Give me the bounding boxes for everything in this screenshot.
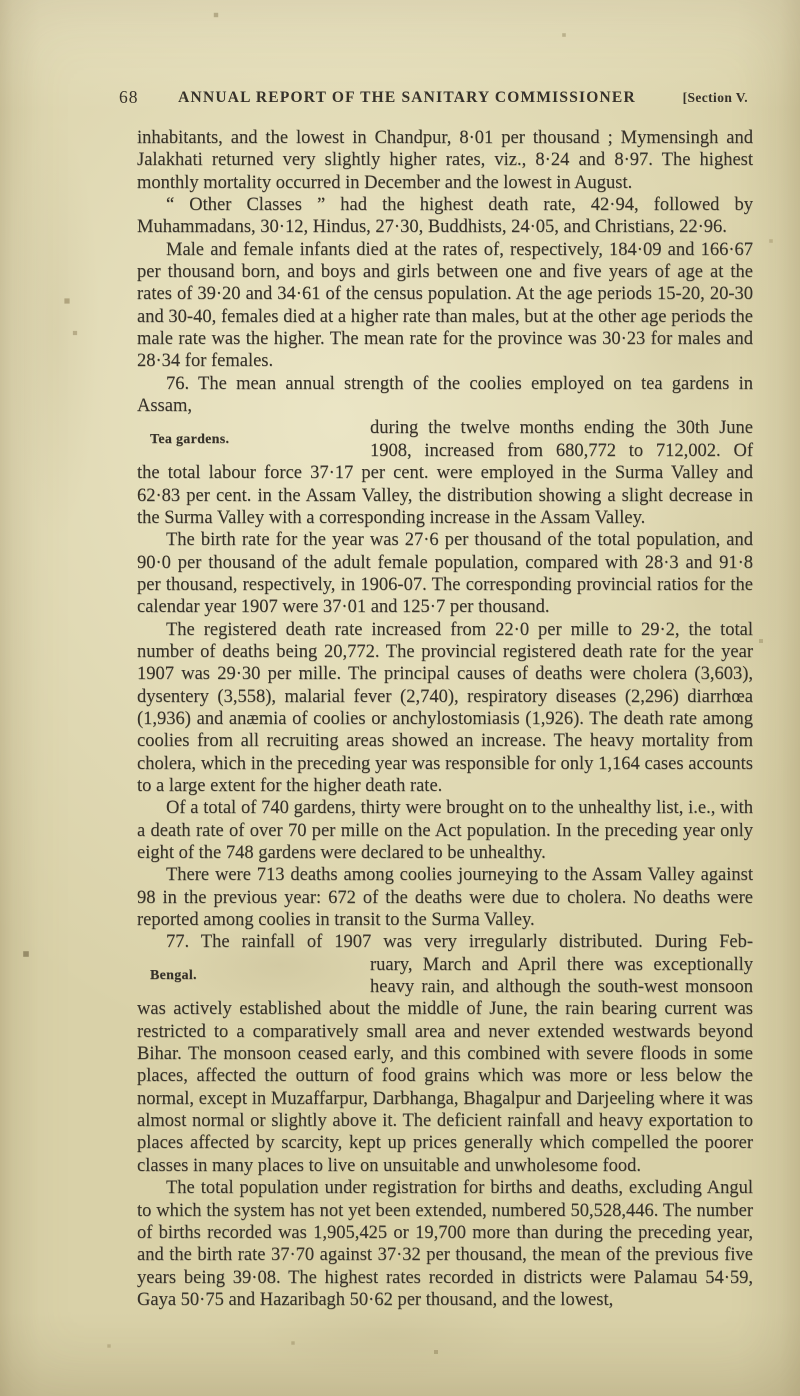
text-block: inhabitants, and the lowest in Chandpur,… xyxy=(137,127,753,1311)
paragraph-with-sidenote: 76. The mean annual strength of the cool… xyxy=(137,373,753,529)
cutin-row: Tea gardens.during the twelve months end… xyxy=(137,417,753,462)
paragraph-first-line: 77. The rainfall of 1907 was very irregu… xyxy=(137,931,753,953)
margin-note: Bengal. xyxy=(137,969,370,983)
paragraph: The total population under registration … xyxy=(137,1177,753,1311)
paragraph-with-sidenote: 77. The rainfall of 1907 was very irregu… xyxy=(137,931,753,1177)
cut-line: during the twelve months ending the 30th… xyxy=(370,417,753,439)
paragraph: inhabitants, and the lowest in Chandpur,… xyxy=(137,127,753,194)
margin-note: Tea gardens. xyxy=(137,433,370,447)
scanned-book-page: 68 ANNUAL REPORT OF THE SANITARY COMMISS… xyxy=(0,0,800,1396)
cut-line: ruary, March and April there was excepti… xyxy=(370,954,753,976)
cut-line: heavy rain, and although the south-west … xyxy=(370,976,753,998)
paper-specks xyxy=(0,0,2,2)
cutin-row: Bengal.ruary, March and April there was … xyxy=(137,954,753,999)
page-number: 68 xyxy=(119,87,139,108)
paper-stain xyxy=(10,120,100,540)
paragraph: The registered death rate increased from… xyxy=(137,619,753,798)
paragraph: Of a total of 740 gardens, thirty were b… xyxy=(137,797,753,864)
paragraph-rest: the total labour force 37·17 per cent. w… xyxy=(137,462,753,529)
running-head-section: [Section V. xyxy=(683,90,748,106)
cut-line: 1908, increased from 680,772 to 712,002.… xyxy=(370,440,753,462)
cut-lines: during the twelve months ending the 30th… xyxy=(370,417,753,462)
paragraph: “ Other Classes ” had the highest death … xyxy=(137,194,753,239)
paragraph-rest: was actively established about the middl… xyxy=(137,998,753,1177)
running-head-title: ANNUAL REPORT OF THE SANITARY COMMISSION… xyxy=(137,89,677,107)
paragraph: There were 713 deaths among coolies jour… xyxy=(137,864,753,931)
paragraph-first-line: 76. The mean annual strength of the cool… xyxy=(137,373,753,418)
paragraph: Male and female infants died at the rate… xyxy=(137,239,753,373)
cut-lines: ruary, March and April there was excepti… xyxy=(370,954,753,999)
paragraph: The birth rate for the year was 27·6 per… xyxy=(137,529,753,618)
